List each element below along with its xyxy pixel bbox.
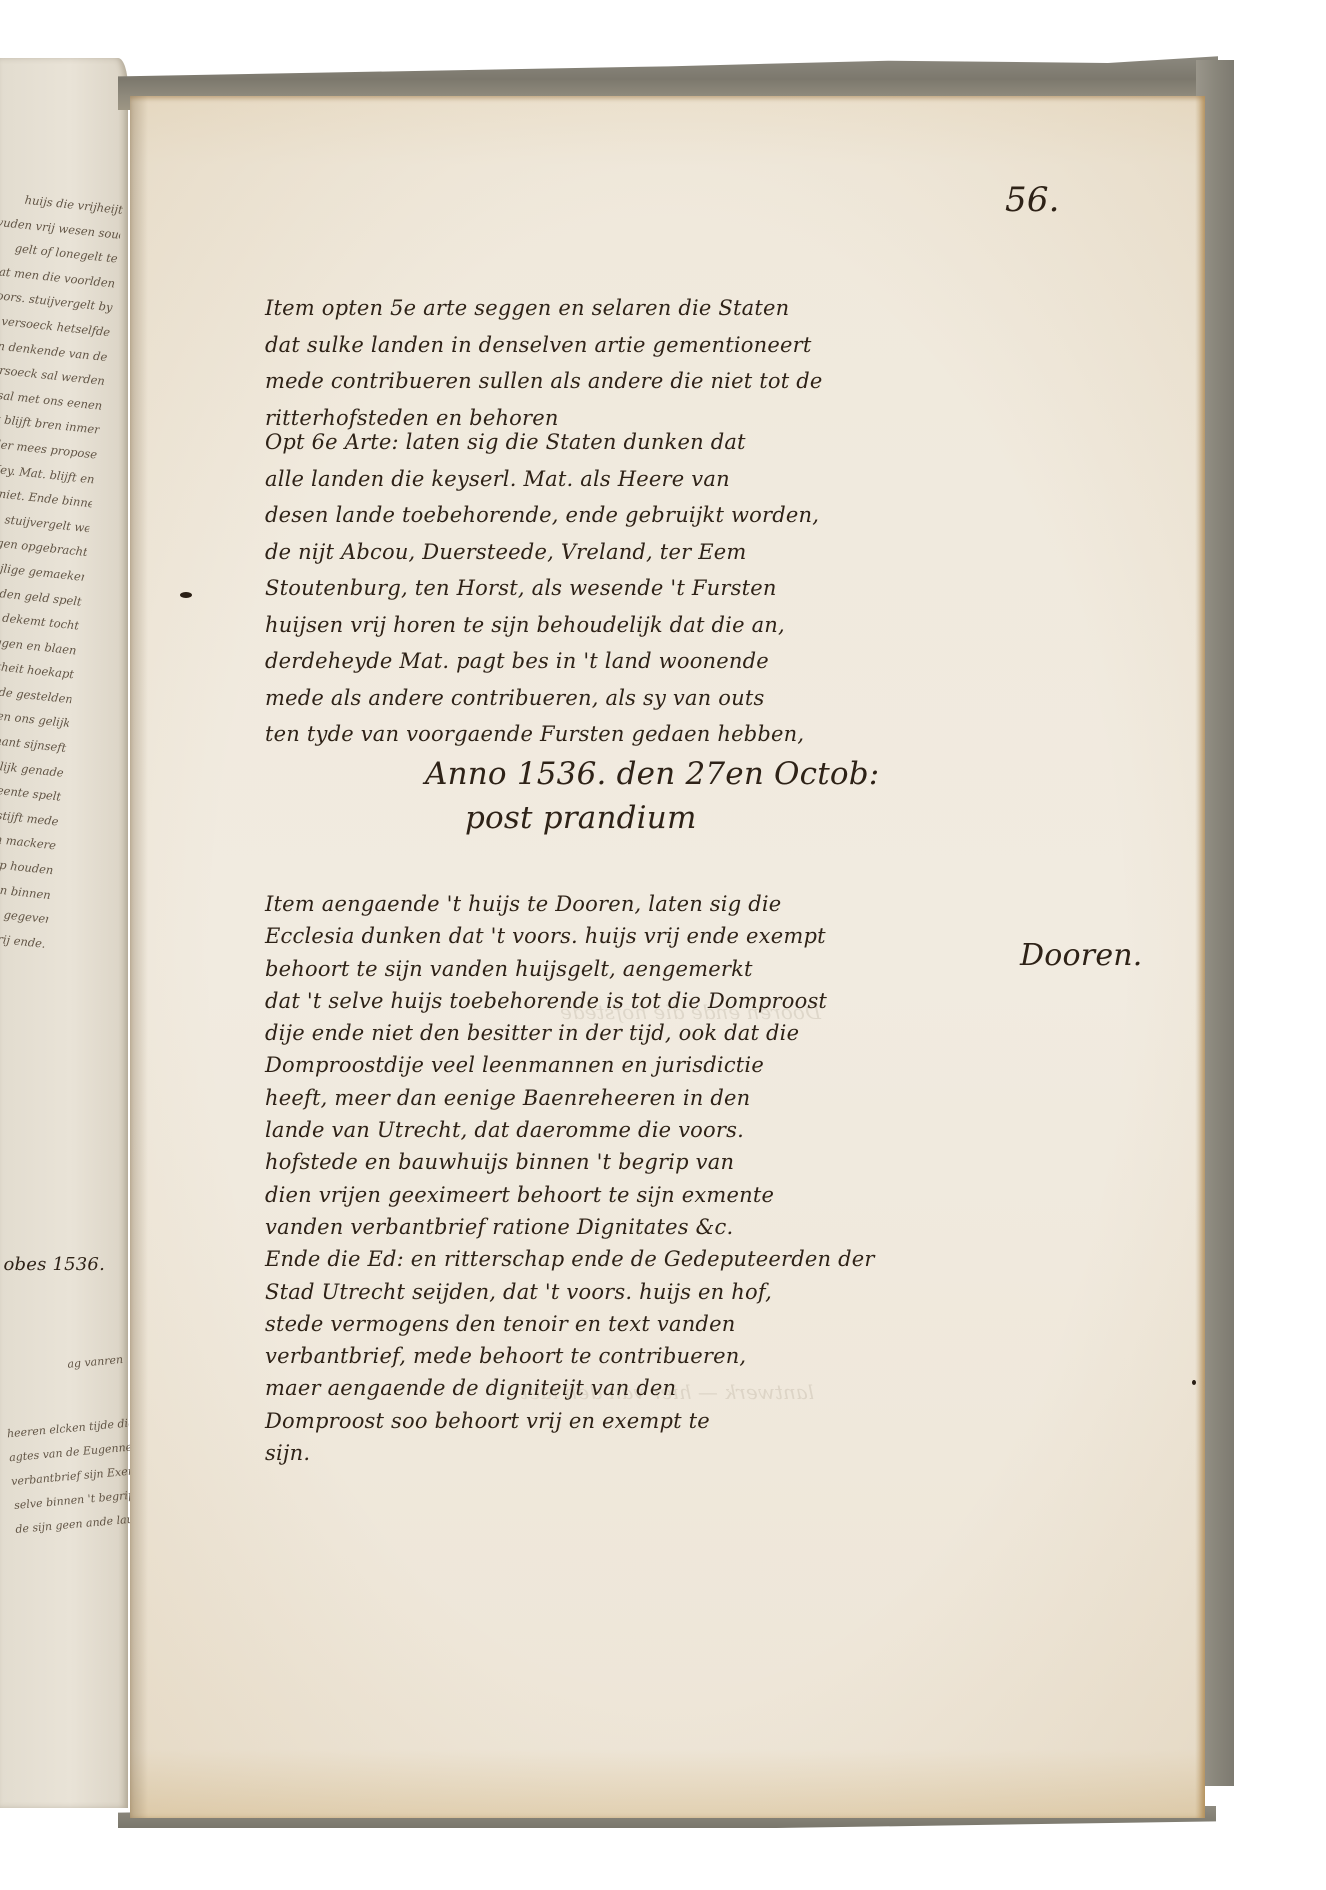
text-line: Stad Utrecht seijden, dat 't voors. huij… — [265, 1276, 1005, 1308]
text-line: stede vermogens den tenoir en text vande… — [265, 1308, 1005, 1340]
text-line: behoort te sijn vanden huijsgelt, aengem… — [265, 953, 1005, 985]
paragraph-article-6: Opt 6e Arte: laten sig die Staten dunken… — [265, 424, 1005, 753]
text-line: ten tyde van voorgaende Fursten gedaen h… — [265, 716, 1005, 753]
page-number: 56. — [1005, 180, 1060, 220]
facing-page-date: obes 1536. — [0, 1254, 105, 1275]
ink-blot — [180, 592, 192, 598]
facing-page-text: huijs die vrijheijt vuden vrij wesen sou… — [0, 185, 124, 956]
date-heading: Anno 1536. den 27en Octob: post prandium — [425, 752, 1025, 840]
text-line: Opt 6e Arte: laten sig die Staten dunken… — [265, 424, 1005, 461]
text-line: Domproost soo behoort vrij en exempt te — [265, 1405, 1005, 1437]
gutter-shadow — [130, 96, 148, 1818]
text-line: desen lande toebehorende, ende gebruijkt… — [265, 497, 1005, 534]
text-line: dat sulke landen in denselven artie geme… — [265, 327, 1005, 364]
text-line: huijsen vrij horen te sijn behoudelijk d… — [265, 607, 1005, 644]
paragraph-article-5: Item opten 5e arte seggen en selaren die… — [265, 290, 1005, 436]
edge-stain — [1195, 96, 1205, 1818]
paragraph-huijs-te-dooren: Item aengaende 't huijs te Dooren, laten… — [265, 888, 1005, 1469]
facing-page: huijs die vrijheijt vuden vrij wesen sou… — [0, 58, 128, 1808]
heading-line-post-prandium: post prandium — [425, 796, 1025, 840]
text-line: Ende die Ed: en ritterschap ende de Gede… — [265, 1243, 1005, 1275]
text-line: de nijt Abcou, Duersteede, Vreland, ter … — [265, 534, 1005, 571]
text-line: heeft, meer dan eenige Baenreheeren in d… — [265, 1082, 1005, 1114]
text-line: vanden verbantbrief ratione Dignitates &… — [265, 1211, 1005, 1243]
text-line: alle landen die keyserl. Mat. als Heere … — [265, 461, 1005, 498]
heading-line-date: Anno 1536. den 27en Octob: — [425, 752, 1025, 796]
facing-page-lower-text: ag vanren heeren elcken tijde dieke agte… — [0, 1348, 138, 1542]
text-line: Domproostdije veel leenmannen en jurisdi… — [265, 1049, 1005, 1081]
text-line: dat 't selve huijs toebehorende is tot d… — [265, 985, 1005, 1017]
text-line: Item opten 5e arte seggen en selaren die… — [265, 290, 1005, 327]
text-line: dien vrijen geeximeert behoort te sijn e… — [265, 1179, 1005, 1211]
text-line: derdeheyde Mat. pagt bes in 't land woon… — [265, 643, 1005, 680]
text-line: lande van Utrecht, dat daeromme die voor… — [265, 1114, 1005, 1146]
text-line: sijn. — [265, 1437, 1005, 1469]
margin-note-dooren: Dooren. — [1020, 938, 1143, 973]
text-line: hofstede en bauwhuijs binnen 't begrip v… — [265, 1146, 1005, 1178]
text-line: verbantbrief, mede behoort te contribuer… — [265, 1340, 1005, 1372]
ink-dot — [1192, 1380, 1196, 1385]
text-line: mede contribueren sullen als andere die … — [265, 363, 1005, 400]
text-line: Item aengaende 't huijs te Dooren, laten… — [265, 888, 1005, 920]
text-line: mede als andere contribueren, als sy van… — [265, 680, 1005, 717]
text-line: maer aengaende de digniteijt van den — [265, 1372, 1005, 1404]
text-line: Stoutenburg, ten Horst, als wesende 't F… — [265, 570, 1005, 607]
text-line: dije ende niet den besitter in der tijd,… — [265, 1017, 1005, 1049]
text-line: Ecclesia dunken dat 't voors. huijs vrij… — [265, 920, 1005, 952]
